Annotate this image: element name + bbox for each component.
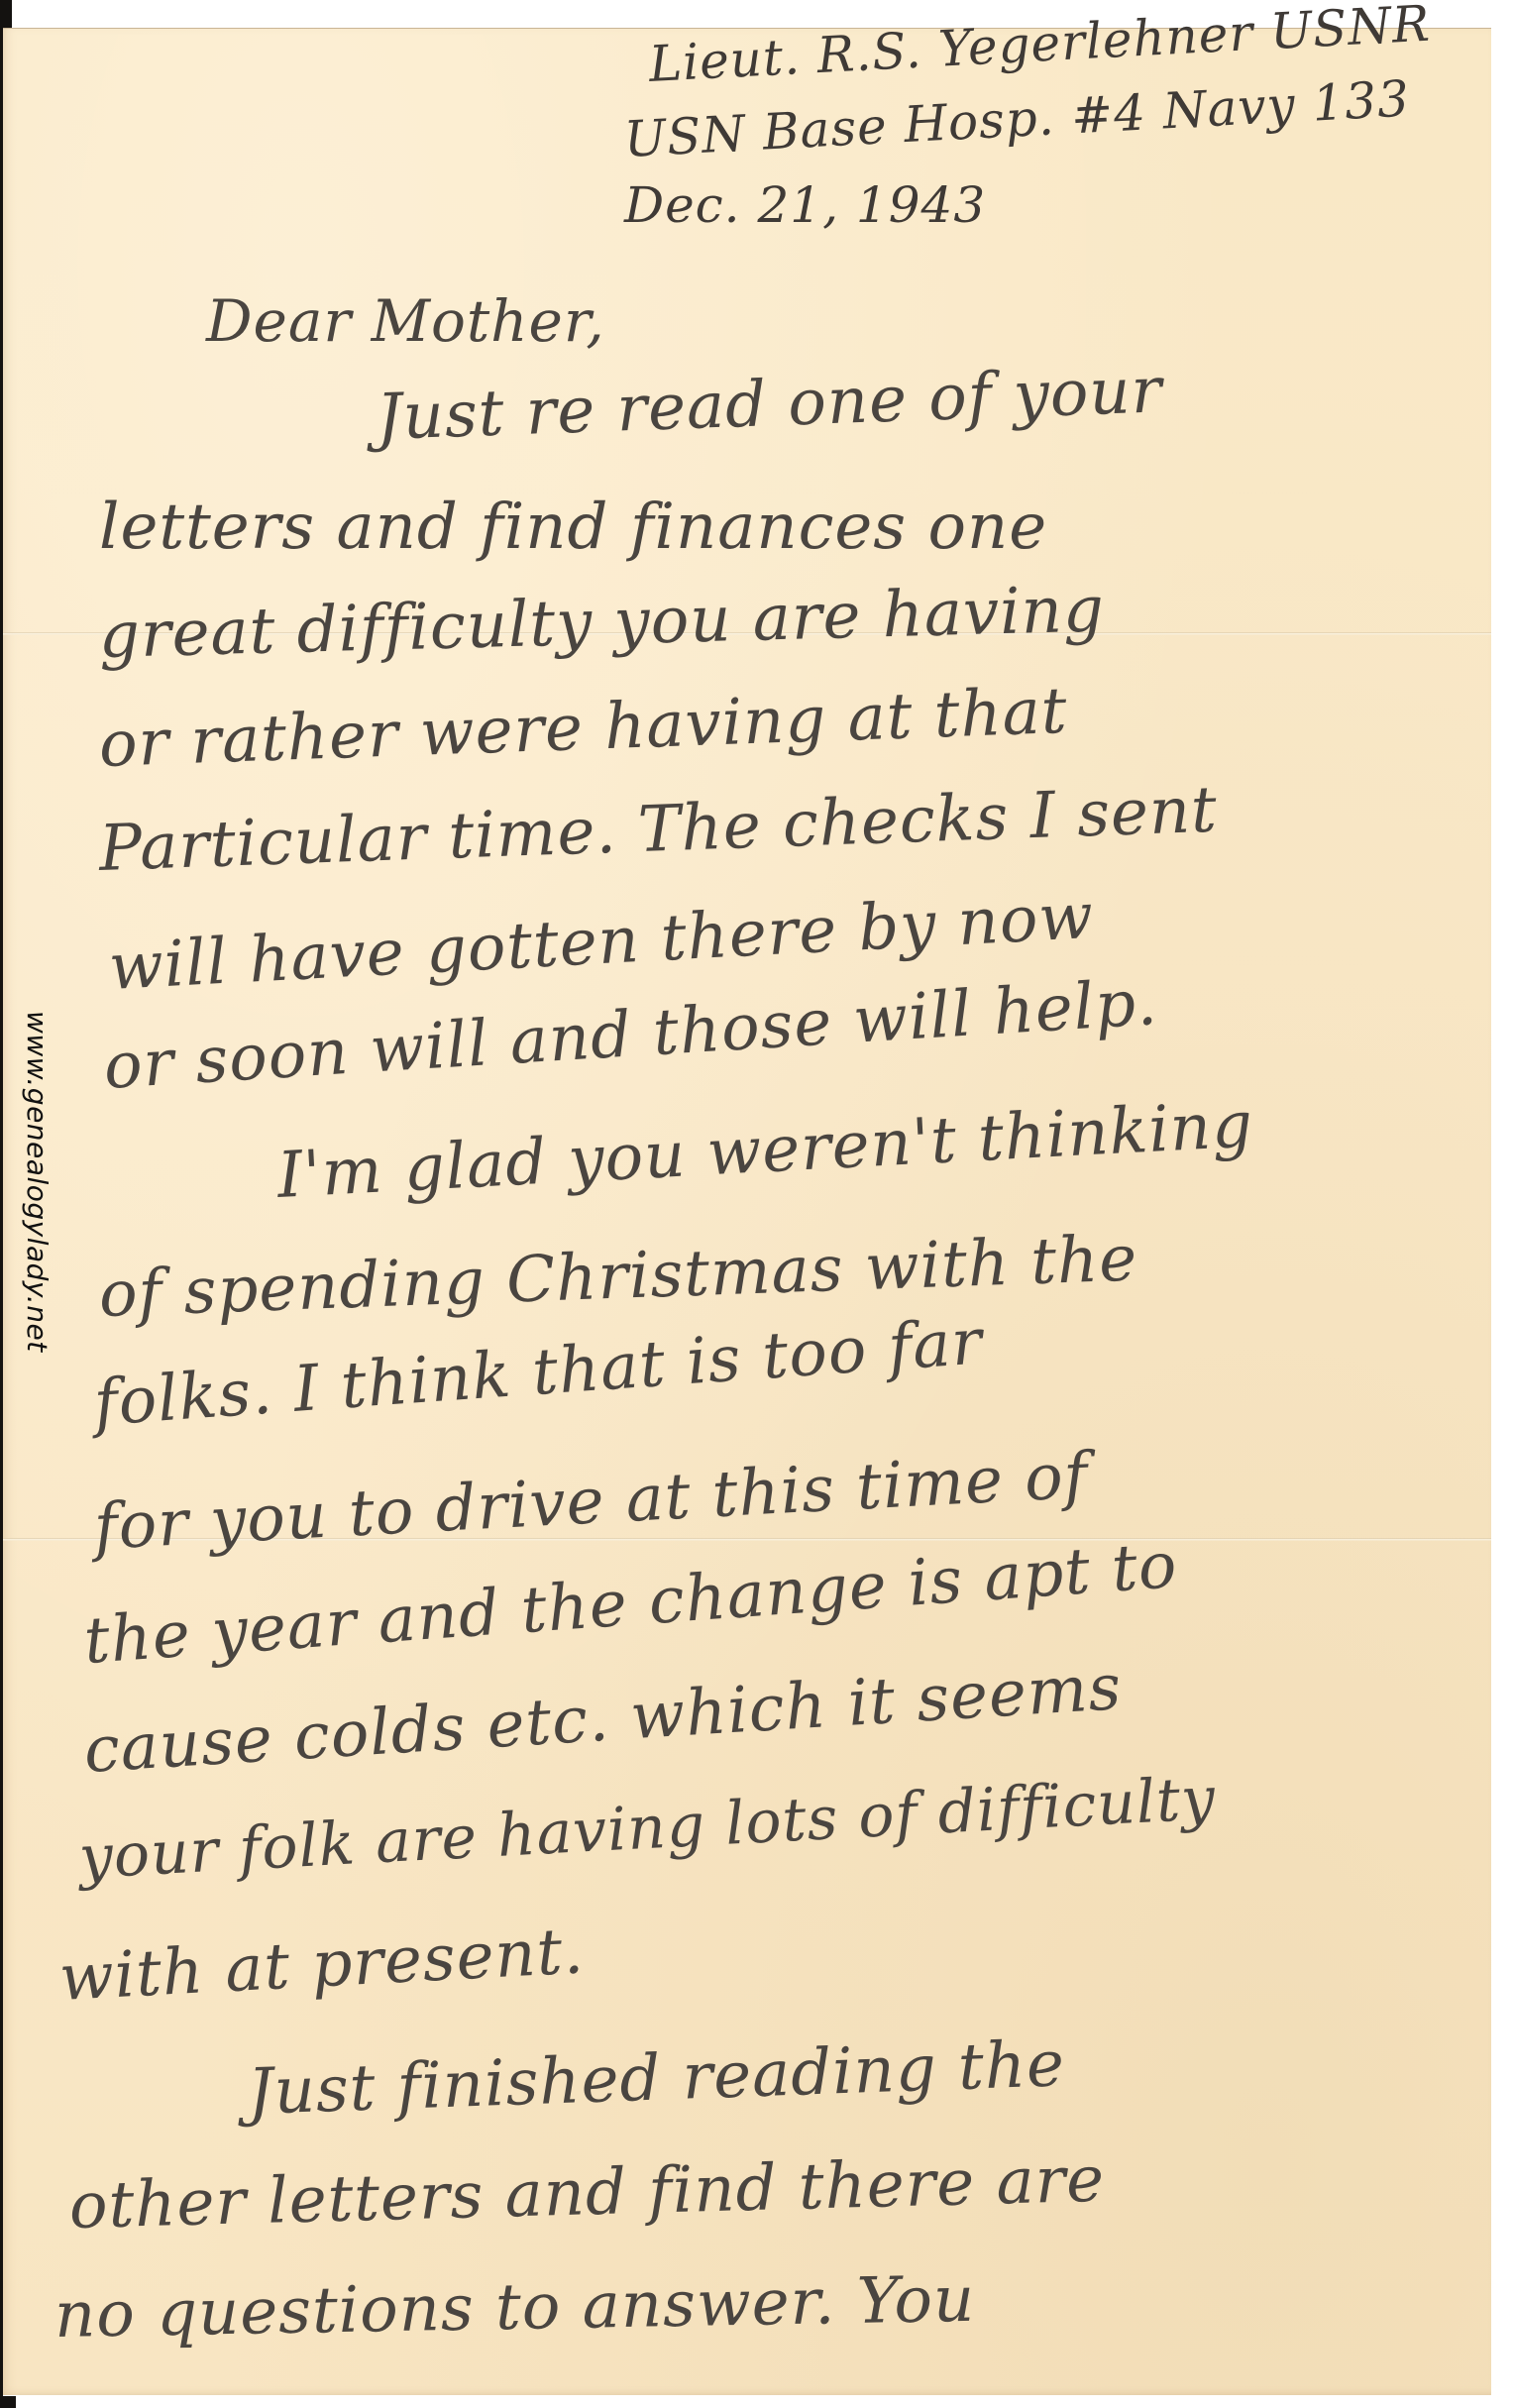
scan-border-corner-top [0, 0, 12, 30]
letter-line: letters and find finances one [99, 491, 1047, 564]
letter-date: Dec. 21, 1943 [624, 176, 986, 234]
watermark-text: www.genealogylady.net [22, 1011, 54, 1417]
scan-border-corner-bottom [0, 2396, 16, 2408]
salutation: Dear Mother, [206, 287, 605, 355]
